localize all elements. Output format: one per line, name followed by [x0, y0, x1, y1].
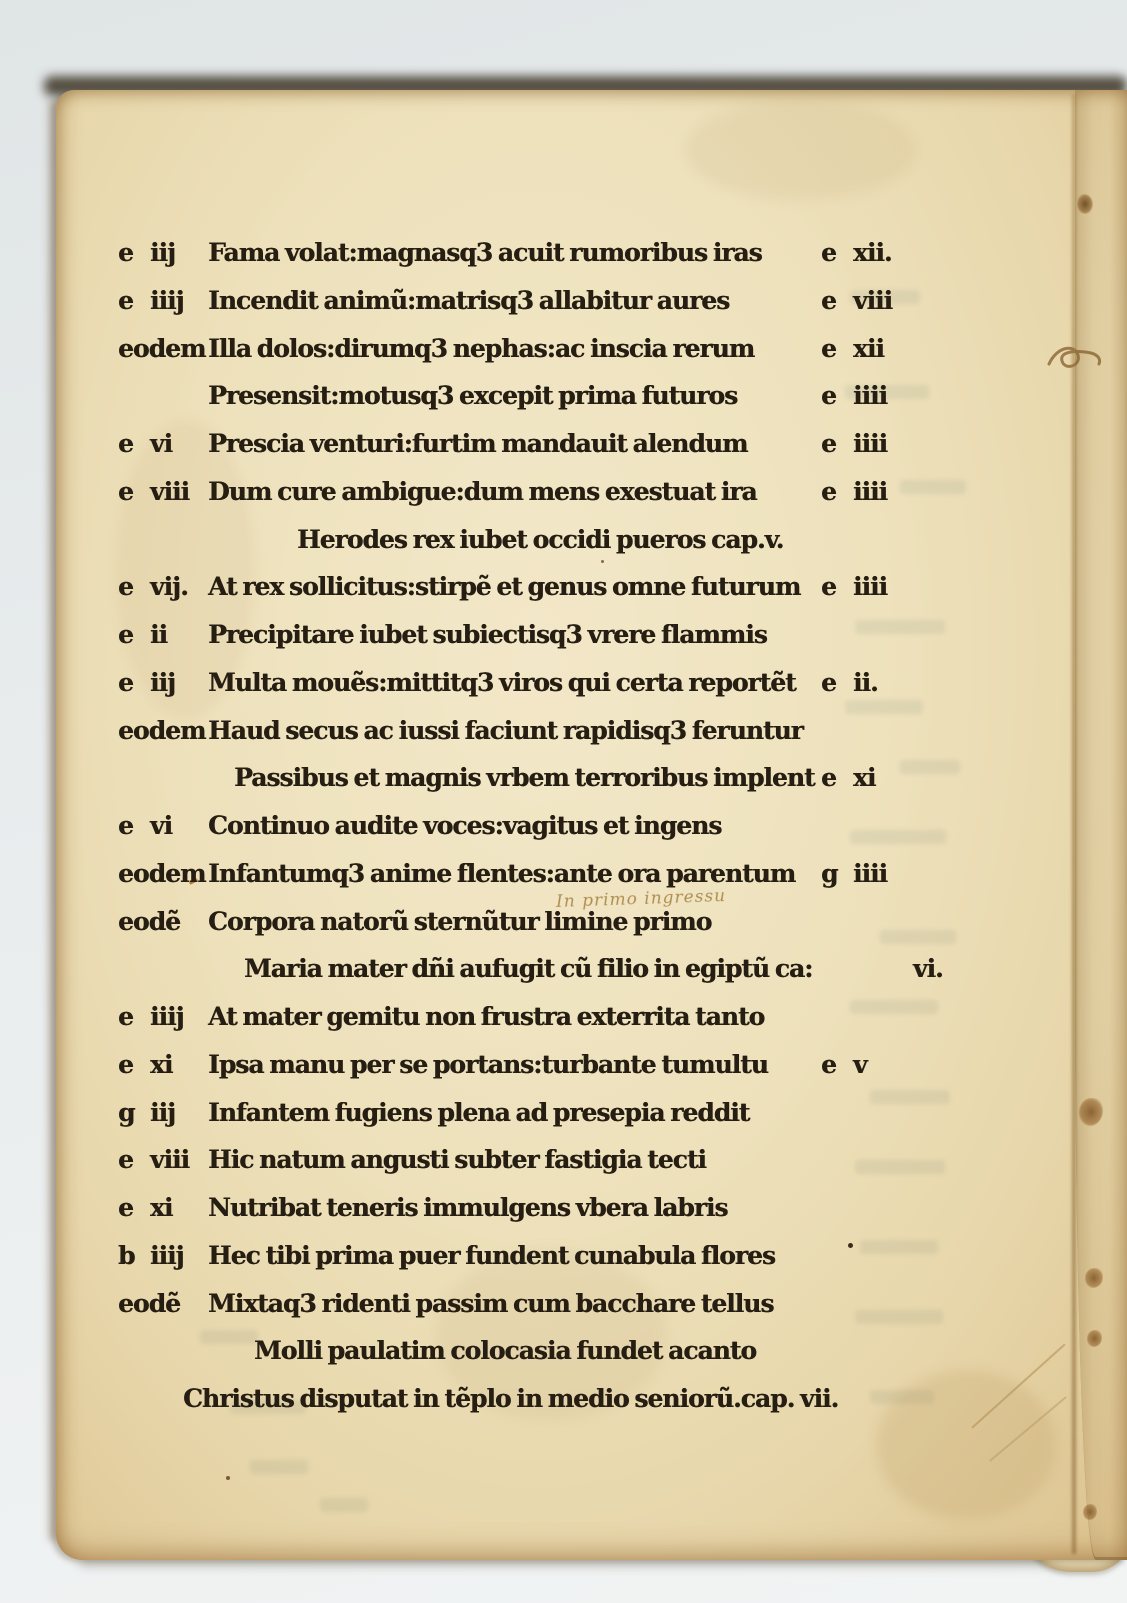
- folio-ref-letter: e: [821, 334, 853, 363]
- verse-line: Passibus et magnis vrbem terroribus impl…: [234, 763, 815, 792]
- verse-line: Infantem fugiens plena ad presepia reddi…: [208, 1098, 749, 1127]
- signature-ref-letter: e: [118, 429, 150, 458]
- signature-ref-letter: e: [118, 1050, 150, 1079]
- chapter-heading: Christus disputat in tẽplo in medio seni…: [56, 1384, 1075, 1422]
- signature-ref-letter: g: [118, 1098, 150, 1127]
- folio-ref: exii.: [821, 238, 892, 267]
- folio-ref-letter: e: [821, 429, 853, 458]
- folio-ref: eiiii: [821, 477, 887, 506]
- folio-ref: ev: [821, 1050, 867, 1079]
- chapter-heading-text: Christus disputat in tẽplo in medio seni…: [183, 1384, 838, 1413]
- verse-line: At mater gemitu non frustra exterrita ta…: [208, 1002, 764, 1031]
- signature-ref-letter: e: [118, 620, 150, 649]
- toc-entry-row: eiiPrecipitare iubet subiectisq3 vrere f…: [56, 620, 1075, 658]
- folio-ref-letter: e: [821, 763, 853, 792]
- signature-ref: eiij: [118, 238, 175, 267]
- toc-entry-row: eviiiDum cure ambigue:dum mens exestuat …: [56, 477, 1075, 515]
- folio-ref-letter: e: [821, 572, 853, 601]
- signature-ref: evi: [118, 811, 172, 840]
- folio-ref: eiiii: [821, 381, 887, 410]
- signature-ref: eodem: [118, 334, 205, 363]
- folio-ref: eiiii: [821, 572, 887, 601]
- signature-ref-letter: e: [118, 286, 150, 315]
- folio-ref: eiiii: [821, 429, 887, 458]
- toc-entry-row: biiijHec tibi prima puer fundent cunabul…: [56, 1241, 1075, 1279]
- folio-ref-letter: g: [821, 859, 853, 888]
- toc-entry-row: eiijMulta mouẽs:mittitq3 viros qui certa…: [56, 668, 1075, 706]
- folio-ref: exi: [821, 763, 875, 792]
- verse-line: At rex sollicitus:stirpẽ et genus omne f…: [208, 572, 800, 601]
- signature-ref: eodem: [118, 859, 205, 888]
- chapter-heading-text: Maria mater dñi aufugit cũ filio in egip…: [244, 954, 812, 983]
- folio-ref: exii: [821, 334, 884, 363]
- verse-line: Precipitare iubet subiectisq3 vrere flam…: [208, 620, 767, 649]
- toc-entry-row: eiiijAt mater gemitu non frustra exterri…: [56, 1002, 1075, 1040]
- signature-ref: giij: [118, 1098, 175, 1127]
- verse-line: Prescia venturi:furtim mandauit alendum: [208, 429, 747, 458]
- signature-ref: exi: [118, 1193, 172, 1222]
- signature-ref: eii: [118, 620, 167, 649]
- folio-ref-letter: e: [821, 668, 853, 697]
- verse-line: Dum cure ambigue:dum mens exestuat ira: [208, 477, 757, 506]
- folio-ref: eviii: [821, 286, 892, 315]
- signature-ref-letter: e: [118, 1193, 150, 1222]
- toc-entry-row: evij.At rex sollicitus:stirpẽ et genus o…: [56, 572, 1075, 610]
- signature-ref-letter: e: [118, 1002, 150, 1031]
- book-page: eiijFama volat:magnasq3 acuit rumoribus …: [56, 90, 1127, 1560]
- signature-ref: eviii: [118, 477, 189, 506]
- signature-ref: eodẽ: [118, 1289, 180, 1318]
- signature-ref-letter: e: [118, 477, 150, 506]
- signature-ref: eiiij: [118, 1002, 184, 1031]
- folio-ref: eii.: [821, 668, 878, 697]
- folio-ref-letter: e: [821, 1050, 853, 1079]
- toc-entry-row: eodemIlla dolos:dirumq3 nephas:ac inscia…: [56, 334, 1075, 372]
- verse-line: Mixtaq3 ridenti passim cum bacchare tell…: [208, 1289, 773, 1318]
- toc-entry-row: eviiiHic natum angusti subter fastigia t…: [56, 1145, 1075, 1183]
- toc-entry-row: exiIpsa manu per se portans:turbante tum…: [56, 1050, 1075, 1088]
- folio-ref: giiii: [821, 859, 887, 888]
- signature-ref: eiiij: [118, 286, 184, 315]
- chapter-heading-text: Herodes rex iubet occidi pueros cap.v.: [297, 525, 783, 554]
- toc-entry-row: Presensit:motusq3 excepit prima futurose…: [56, 381, 1075, 419]
- verse-line: Molli paulatim colocasia fundet acanto: [254, 1336, 756, 1365]
- verse-line: Infantumq3 anime flentes:ante ora parent…: [208, 859, 795, 888]
- toc-entry-row: exiNutribat teneris immulgens vbera labr…: [56, 1193, 1075, 1231]
- signature-ref: evij.: [118, 572, 188, 601]
- signature-ref-letter: e: [118, 811, 150, 840]
- verse-line: Illa dolos:dirumq3 nephas:ac inscia reru…: [208, 334, 754, 363]
- toc-entry-row: giijInfantem fugiens plena ad presepia r…: [56, 1098, 1075, 1136]
- signature-ref-letter: e: [118, 238, 150, 267]
- signature-ref: eodem: [118, 716, 205, 745]
- folio-ref-letter: e: [821, 381, 853, 410]
- toc-entry-row: Molli paulatim colocasia fundet acanto: [56, 1336, 1075, 1374]
- toc-entry-row: Passibus et magnis vrbem terroribus impl…: [56, 763, 1075, 801]
- folio-ref-letter: e: [821, 477, 853, 506]
- verse-line: Corpora natorũ sternũtur limine primo: [208, 907, 711, 936]
- verse-line: Ipsa manu per se portans:turbante tumult…: [208, 1050, 768, 1079]
- verse-line: Presensit:motusq3 excepit prima futuros: [208, 381, 737, 410]
- book-photo: eiijFama volat:magnasq3 acuit rumoribus …: [0, 0, 1127, 1603]
- toc-entry-row: eiijFama volat:magnasq3 acuit rumoribus …: [56, 238, 1075, 276]
- signature-ref-letter: e: [118, 668, 150, 697]
- chapter-heading: Maria mater dñi aufugit cũ filio in egip…: [56, 954, 1075, 992]
- signature-ref-letter: e: [118, 1145, 150, 1174]
- verse-line: Nutribat teneris immulgens vbera labris: [208, 1193, 727, 1222]
- chapter-heading: Herodes rex iubet occidi pueros cap.v.: [56, 525, 1075, 563]
- verse-line: Hic natum angusti subter fastigia tecti: [208, 1145, 706, 1174]
- toc-entry-row: eviContinuo audite voces:vagitus et inge…: [56, 811, 1075, 849]
- signature-ref-letter: b: [118, 1241, 150, 1270]
- signature-ref: eiij: [118, 668, 175, 697]
- verse-line: Multa mouẽs:mittitq3 viros qui certa rep…: [208, 668, 796, 697]
- verse-line: Hec tibi prima puer fundent cunabula flo…: [208, 1241, 775, 1270]
- toc-entry-row: eviPrescia venturi:furtim mandauit alend…: [56, 429, 1075, 467]
- verse-line: Haud secus ac iussi faciunt rapidisq3 fe…: [208, 716, 803, 745]
- chapter-ref: vi.: [913, 954, 943, 983]
- table-of-contents: eiijFama volat:magnasq3 acuit rumoribus …: [56, 90, 1127, 1560]
- signature-ref: evi: [118, 429, 172, 458]
- toc-entry-row: eodẽMixtaq3 ridenti passim cum bacchare …: [56, 1289, 1075, 1327]
- signature-ref: biiij: [118, 1241, 184, 1270]
- toc-entry-row: eodemHaud secus ac iussi faciunt rapidis…: [56, 716, 1075, 754]
- verse-line: Fama volat:magnasq3 acuit rumoribus iras: [208, 238, 762, 267]
- signature-ref: eodẽ: [118, 907, 180, 936]
- signature-ref-letter: e: [118, 572, 150, 601]
- folio-ref-letter: e: [821, 238, 853, 267]
- signature-ref: exi: [118, 1050, 172, 1079]
- toc-entry-row: eiiijIncendit animũ:matrisq3 allabitur a…: [56, 286, 1075, 324]
- signature-ref: eviii: [118, 1145, 189, 1174]
- folio-ref-letter: e: [821, 286, 853, 315]
- verse-line: Continuo audite voces:vagitus et ingens: [208, 811, 721, 840]
- verse-line: Incendit animũ:matrisq3 allabitur aures: [208, 286, 729, 315]
- toc-entry-row: eodẽCorpora natorũ sternũtur limine prim…: [56, 907, 1075, 945]
